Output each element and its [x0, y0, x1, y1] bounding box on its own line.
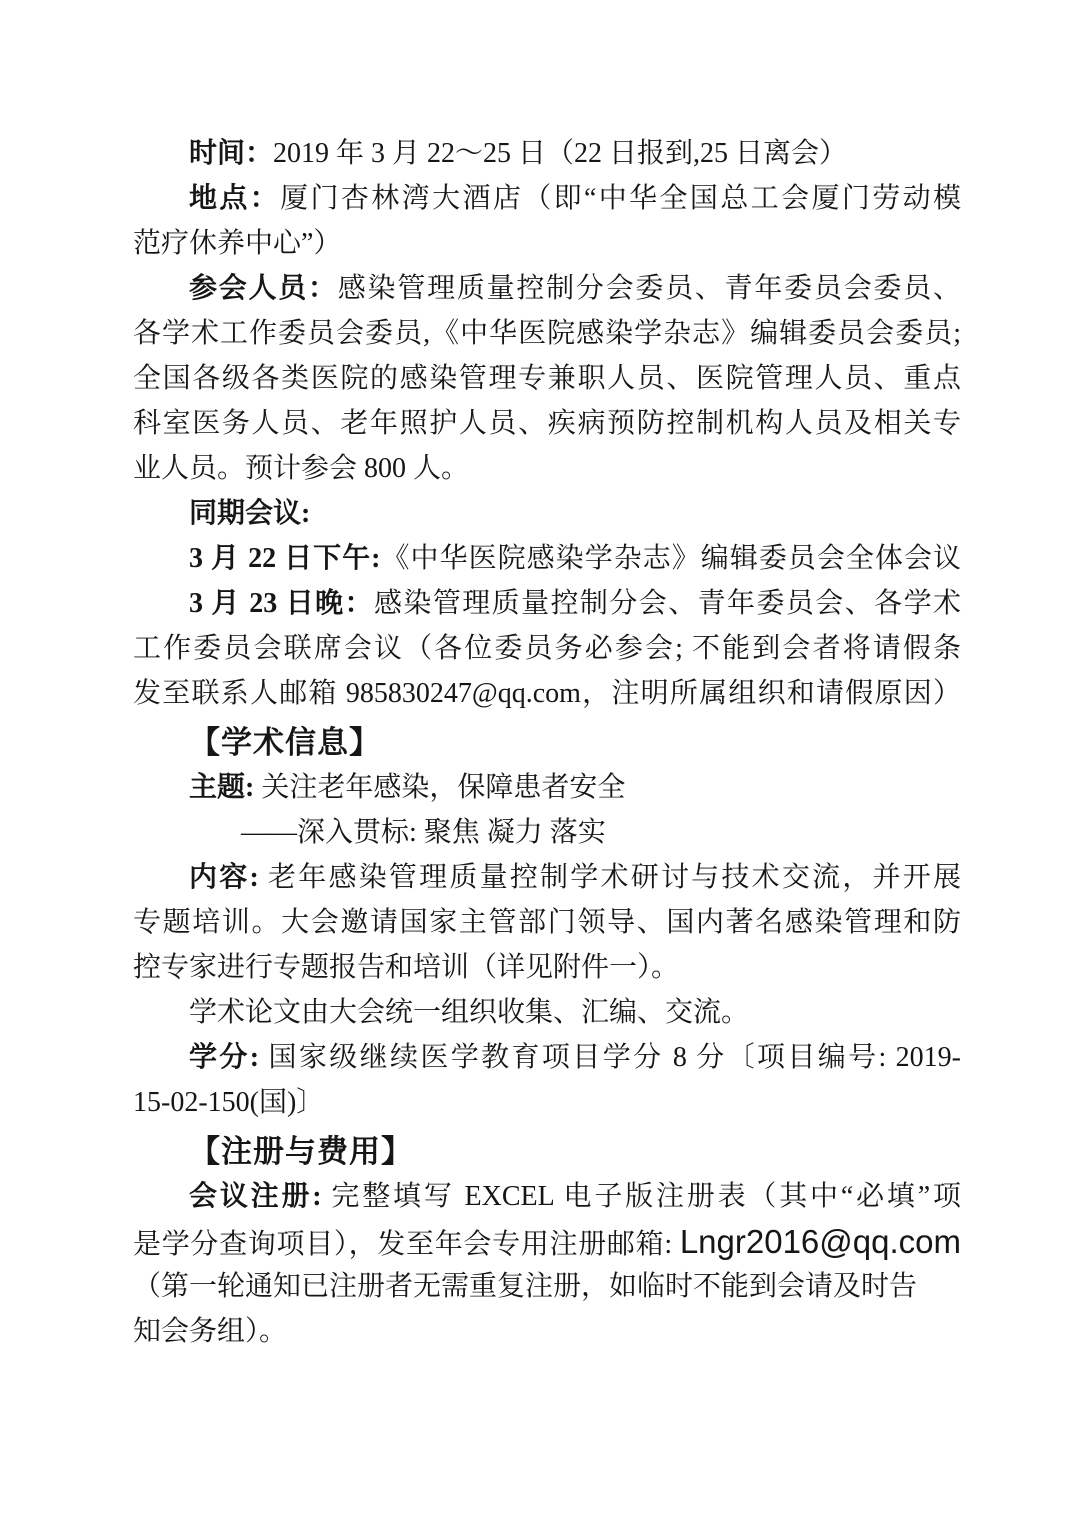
leave-email-text: 发至联系人邮箱 985830247@qq.com，注明所属组织和请假原因） — [133, 678, 961, 709]
theme-label: 主题: — [189, 772, 261, 803]
section-registration-title: 【注册与费用】 — [189, 1134, 413, 1169]
meeting-mar23-value: 感染管理质量控制分会、青年委员会、各学术 — [374, 588, 961, 619]
credits-value: 国家级继续医学教育项目学分 8 分〔项目编号: 2019- — [268, 1042, 961, 1073]
venue-cont-text: 范疗休养中心”） — [133, 228, 341, 259]
line-meeting-mar23: 3 月 23 日晚：感染管理质量控制分会、青年委员会、各学术 — [133, 581, 961, 626]
time-label: 时间： — [189, 138, 273, 169]
content-label: 内容: — [189, 862, 268, 893]
theme-value: 关注老年感染，保障患者安全 — [261, 772, 625, 803]
attendees-cont-2-text: 全国各级各类医院的感染管理专兼职人员、医院管理人员、重点 — [133, 363, 961, 394]
theme-sub-text: ——深入贯标: 聚焦 凝力 落实 — [241, 817, 606, 848]
venue-label: 地点： — [189, 183, 280, 214]
line-papers: 学术论文由大会统一组织收集、汇编、交流。 — [133, 990, 961, 1035]
credits-cont-text: 15-02-150(国)〕 — [133, 1087, 324, 1118]
line-registration: 会议注册: 完整填写 EXCEL 电子版注册表（其中“必填”项 — [133, 1174, 961, 1219]
content-value: 老年感染管理质量控制学术研讨与技术交流，并开展 — [268, 862, 961, 893]
attendees-cont-3-text: 科室医务人员、老年照护人员、疾病预防控制机构人员及相关专 — [133, 408, 961, 439]
line-registration-note: （第一轮通知已注册者无需重复注册，如临时不能到会请及时告 — [133, 1264, 961, 1309]
registration-label: 会议注册: — [189, 1181, 331, 1212]
line-attendees-cont-3: 科室医务人员、老年照护人员、疾病预防控制机构人员及相关专 — [133, 401, 961, 446]
registration-value: 完整填写 EXCEL 电子版注册表（其中“必填”项 — [331, 1181, 961, 1212]
document-page: 时间：2019 年 3 月 22～25 日（22 日报到,25 日离会） 地点：… — [0, 0, 1080, 1527]
document-content: 时间：2019 年 3 月 22～25 日（22 日报到,25 日离会） 地点：… — [133, 131, 961, 1354]
section-registration: 【注册与费用】 — [133, 1129, 961, 1174]
line-attendees: 参会人员：感染管理质量控制分会委员、青年委员会委员、 — [133, 266, 961, 311]
content-cont-2-text: 控专家进行专题报告和培训（详见附件一）。 — [133, 952, 679, 983]
registration-note-text: （第一轮通知已注册者无需重复注册，如临时不能到会请及时告 — [133, 1271, 917, 1302]
line-meeting-mar23-cont: 工作委员会联席会议（各位委员务必参会; 不能到会者将请假条 — [133, 626, 961, 671]
meeting-mar23-cont-text: 工作委员会联席会议（各位委员务必参会; 不能到会者将请假条 — [133, 633, 961, 664]
venue-value: 厦门杏林湾大酒店（即“中华全国总工会厦门劳动模 — [280, 183, 961, 214]
line-credits: 学分: 国家级继续医学教育项目学分 8 分〔项目编号: 2019- — [133, 1035, 961, 1080]
attendees-cont-4-text: 业人员。预计参会 800 人。 — [133, 453, 469, 484]
registration-email-text: 是学分查询项目），发至年会专用注册邮箱: — [133, 1229, 680, 1260]
line-venue: 地点：厦门杏林湾大酒店（即“中华全国总工会厦门劳动模 — [133, 176, 961, 221]
line-content: 内容: 老年感染管理质量控制学术研讨与技术交流，并开展 — [133, 855, 961, 900]
time-value: 2019 年 3 月 22～25 日（22 日报到,25 日离会） — [273, 138, 847, 169]
line-theme-sub: ——深入贯标: 聚焦 凝力 落实 — [133, 810, 961, 855]
line-registration-note-cont: 知会务组）。 — [133, 1309, 961, 1354]
line-meeting-mar22: 3 月 22 日下午:《中华医院感染学杂志》编辑委员会全体会议 — [133, 536, 961, 581]
content-cont-1-text: 专题培训。大会邀请国家主管部门领导、国内著名感染管理和防 — [133, 907, 961, 938]
attendees-value: 感染管理质量控制分会委员、青年委员会委员、 — [338, 273, 961, 304]
line-attendees-cont-2: 全国各级各类医院的感染管理专兼职人员、医院管理人员、重点 — [133, 356, 961, 401]
meeting-mar22-value: 《中华医院感染学杂志》编辑委员会全体会议 — [381, 543, 962, 574]
attendees-label: 参会人员： — [189, 273, 338, 304]
credits-label: 学分: — [189, 1042, 268, 1073]
line-time: 时间：2019 年 3 月 22～25 日（22 日报到,25 日离会） — [133, 131, 961, 176]
line-attendees-cont-1: 各学术工作委员会委员,《中华医院感染学杂志》编辑委员会委员; — [133, 311, 961, 356]
line-registration-email: 是学分查询项目），发至年会专用注册邮箱: Lngr2016@qq.com — [133, 1219, 961, 1264]
line-venue-cont: 范疗休养中心”） — [133, 221, 961, 266]
registration-email-address: Lngr2016@qq.com — [680, 1223, 961, 1260]
papers-text: 学术论文由大会统一组织收集、汇编、交流。 — [189, 997, 749, 1028]
meeting-mar22-label: 3 月 22 日下午: — [189, 543, 381, 574]
meeting-mar23-label: 3 月 23 日晚： — [189, 588, 374, 619]
line-credits-cont: 15-02-150(国)〕 — [133, 1080, 961, 1125]
line-theme: 主题: 关注老年感染，保障患者安全 — [133, 765, 961, 810]
section-academic-info-title: 【学术信息】 — [189, 725, 381, 760]
line-content-cont-2: 控专家进行专题报告和培训（详见附件一）。 — [133, 945, 961, 990]
section-academic-info: 【学术信息】 — [133, 720, 961, 765]
concurrent-meetings-label: 同期会议: — [189, 498, 310, 529]
registration-note-cont-text: 知会务组）。 — [133, 1316, 287, 1347]
line-attendees-cont-4: 业人员。预计参会 800 人。 — [133, 446, 961, 491]
line-content-cont-1: 专题培训。大会邀请国家主管部门领导、国内著名感染管理和防 — [133, 900, 961, 945]
attendees-cont-1-text: 各学术工作委员会委员,《中华医院感染学杂志》编辑委员会委员; — [133, 318, 961, 349]
line-concurrent-meetings: 同期会议: — [133, 491, 961, 536]
line-leave-email: 发至联系人邮箱 985830247@qq.com，注明所属组织和请假原因） — [133, 671, 961, 716]
